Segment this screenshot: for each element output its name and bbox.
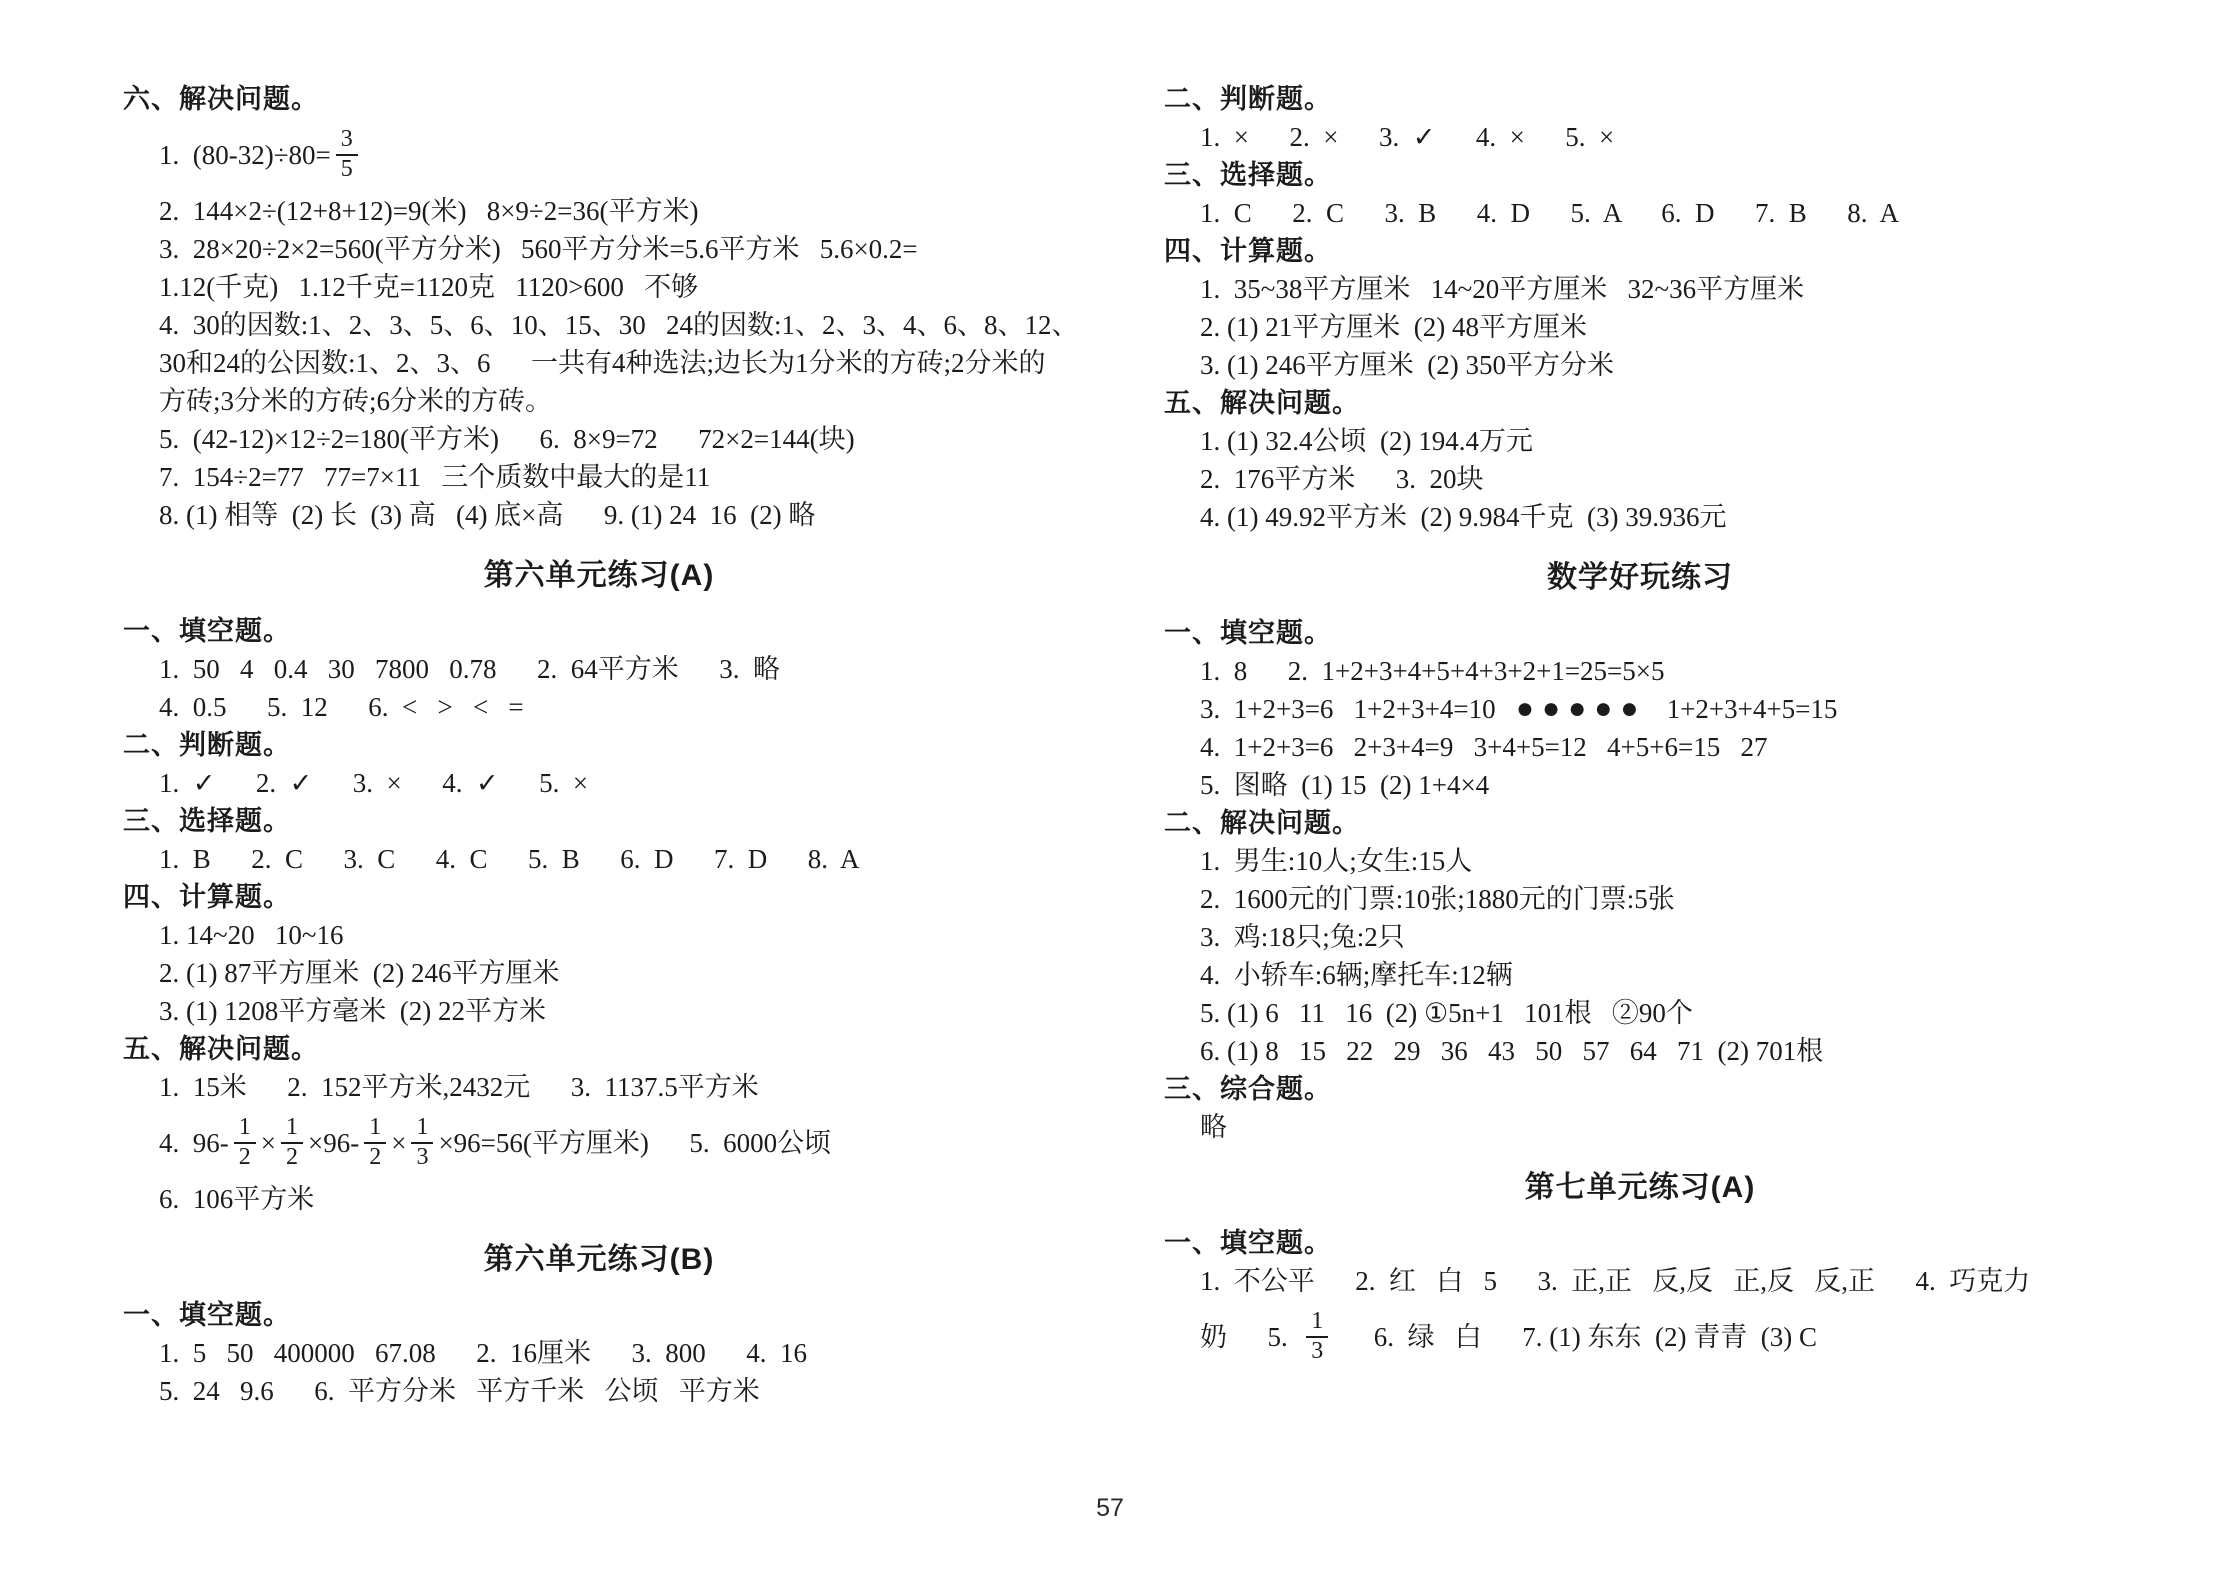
answer-line: 2. 144×2÷(12+8+12)=9(米) 8×9÷2=36(平方米) <box>123 192 1075 230</box>
answer-line: 方砖;3分米的方砖;6分米的方砖。 <box>123 382 1075 420</box>
answer-line: 1. 15米 2. 152平方米,2432元 3. 1137.5平方米 <box>123 1068 1075 1106</box>
exercise-title-unit7a: 第七单元练习(A) <box>1164 1168 2116 1208</box>
answer-line: 5. 图略 (1) 15 (2) 1+4×4 <box>1164 766 2116 804</box>
answer-line: 1. 35~38平方厘米 14~20平方厘米 32~36平方厘米 <box>1164 270 2116 308</box>
fraction-numerator: 3 <box>336 126 358 156</box>
answer-line: 1. (80-32)÷80= 3 5 <box>123 118 1075 192</box>
exercise-title-unit6b: 第六单元练习(B) <box>123 1240 1075 1280</box>
section-header-judge: 二、判断题。 <box>1164 80 2116 118</box>
answer-text: 3. 1+2+3=6 1+2+3+4=10 <box>1200 694 1516 724</box>
right-column: 二、判断题。 1. × 2. × 3. ✓ 4. × 5. × 三、选择题。 1… <box>1164 0 2116 1500</box>
answer-line: 2. 176平方米 3. 20块 <box>1164 460 2116 498</box>
section-header-fill: 一、填空题。 <box>1164 614 2116 652</box>
answer-text: ×96- <box>308 1124 359 1162</box>
answer-text: 5. 6000公顷 <box>649 1124 831 1162</box>
fraction: 1 2 <box>364 1114 386 1171</box>
answer-line: 1. ✓ 2. ✓ 3. × 4. ✓ 5. × <box>123 764 1075 802</box>
fraction-numerator: 1 <box>234 1114 256 1144</box>
answer-line: 1. 8 2. 1+2+3+4+5+4+3+2+1=25=5×5 <box>1164 652 2116 690</box>
page: 六、解决问题。 1. (80-32)÷80= 3 5 2. 144×2÷(12+… <box>0 0 2220 1571</box>
exercise-title-unit6a: 第六单元练习(A) <box>123 556 1075 596</box>
answer-line: 3. 1+2+3=6 1+2+3+4=10 ●●●●● 1+2+3+4+5=15 <box>1164 690 2116 728</box>
answer-text: 1+2+3+4+5=15 <box>1646 694 1837 724</box>
fraction-denominator: 3 <box>1306 1338 1328 1366</box>
answer-line: 4. 30的因数:1、2、3、5、6、10、15、30 24的因数:1、2、3、… <box>123 306 1075 344</box>
answer-line: 奶 5. 1 3 6. 绿 白 7. (1) 东东 (2) 青青 (3) C <box>1164 1300 2116 1374</box>
answer-line: 6. (1) 8 15 22 29 36 43 50 57 64 71 (2) … <box>1164 1032 2116 1070</box>
section-header-calc: 四、计算题。 <box>1164 232 2116 270</box>
section-header-fill: 一、填空题。 <box>123 1296 1075 1334</box>
answer-line: 4. 小轿车:6辆;摩托车:12辆 <box>1164 956 2116 994</box>
answer-line: 3. 鸡:18只;兔:2只 <box>1164 918 2116 956</box>
section-header-solve6: 六、解决问题。 <box>123 80 1075 118</box>
answer-text: 1. (80-32)÷80= <box>159 136 331 174</box>
answer-text: 6. 绿 白 7. (1) 东东 (2) 青青 (3) C <box>1333 1318 1817 1356</box>
section-header-fill: 一、填空题。 <box>1164 1224 2116 1262</box>
answer-line: 8. (1) 相等 (2) 长 (3) 高 (4) 底×高 9. (1) 24 … <box>123 496 1075 534</box>
answer-text: × <box>391 1124 406 1162</box>
fraction: 1 2 <box>281 1114 303 1171</box>
answer-line: 2. (1) 87平方厘米 (2) 246平方厘米 <box>123 954 1075 992</box>
answer-text: 奶 5. <box>1200 1318 1301 1356</box>
fraction-denominator: 3 <box>411 1144 433 1172</box>
exercise-title-fun: 数学好玩练习 <box>1164 558 2116 598</box>
answer-line: 1. 50 4 0.4 30 7800 0.78 2. 64平方米 3. 略 <box>123 650 1075 688</box>
answer-line: 4. (1) 49.92平方米 (2) 9.984千克 (3) 39.936元 <box>1164 498 2116 536</box>
answer-line: 1. 14~20 10~16 <box>123 916 1075 954</box>
section-header-fill: 一、填空题。 <box>123 612 1075 650</box>
page-number: 57 <box>0 1494 2220 1523</box>
answer-line: 1. C 2. C 3. B 4. D 5. A 6. D 7. B 8. A <box>1164 194 2116 232</box>
fraction: 1 2 <box>234 1114 256 1171</box>
answer-line: 30和24的公因数:1、2、3、6 一共有4种选法;边长为1分米的方砖;2分米的 <box>123 344 1075 382</box>
fraction: 1 3 <box>411 1114 433 1171</box>
filled-circles: ●●●●● <box>1516 692 1647 725</box>
answer-line: 5. (1) 6 11 16 (2) ①5n+1 101根 ②90个 <box>1164 994 2116 1032</box>
left-column: 六、解决问题。 1. (80-32)÷80= 3 5 2. 144×2÷(12+… <box>123 0 1075 1500</box>
answer-line: 6. 106平方米 <box>123 1180 1075 1218</box>
fraction-numerator: 1 <box>1306 1308 1328 1338</box>
fraction-denominator: 2 <box>281 1144 303 1172</box>
section-header-comp: 三、综合题。 <box>1164 1070 2116 1108</box>
answer-text: ×96=56(平方厘米) <box>438 1124 648 1162</box>
section-header-judge: 二、判断题。 <box>123 726 1075 764</box>
answer-line: 1. 男生:10人;女生:15人 <box>1164 842 2116 880</box>
answer-line: 1. × 2. × 3. ✓ 4. × 5. × <box>1164 118 2116 156</box>
answer-line: 5. 24 9.6 6. 平方分米 平方千米 公顷 平方米 <box>123 1372 1075 1410</box>
answer-line: 2. 1600元的门票:10张;1880元的门票:5张 <box>1164 880 2116 918</box>
fraction: 1 3 <box>1306 1308 1328 1365</box>
answer-line: 1. B 2. C 3. C 4. C 5. B 6. D 7. D 8. A <box>123 840 1075 878</box>
section-header-solve: 二、解决问题。 <box>1164 804 2116 842</box>
answer-line: 7. 154÷2=77 77=7×11 三个质数中最大的是11 <box>123 458 1075 496</box>
answer-line: 5. (42-12)×12÷2=180(平方米) 6. 8×9=72 72×2=… <box>123 420 1075 458</box>
fraction-numerator: 1 <box>364 1114 386 1144</box>
answer-line: 3. (1) 246平方厘米 (2) 350平方分米 <box>1164 346 2116 384</box>
answer-line: 1. (1) 32.4公顷 (2) 194.4万元 <box>1164 422 2116 460</box>
answer-line: 4. 96- 1 2 × 1 2 ×96- 1 2 × 1 3 ×96=56(平… <box>123 1106 1075 1180</box>
section-header-solve: 五、解决问题。 <box>1164 384 2116 422</box>
section-header-choice: 三、选择题。 <box>1164 156 2116 194</box>
section-header-solve: 五、解决问题。 <box>123 1030 1075 1068</box>
answer-line: 1. 不公平 2. 红 白 5 3. 正,正 反,反 正,反 反,正 4. 巧克… <box>1164 1262 2116 1300</box>
section-header-calc: 四、计算题。 <box>123 878 1075 916</box>
answer-line: 2. (1) 21平方厘米 (2) 48平方厘米 <box>1164 308 2116 346</box>
answer-line: 4. 0.5 5. 12 6. < > < = <box>123 688 1075 726</box>
fraction-denominator: 2 <box>364 1144 386 1172</box>
fraction-numerator: 1 <box>281 1114 303 1144</box>
answer-line: 1.12(千克) 1.12千克=1120克 1120>600 不够 <box>123 268 1075 306</box>
fraction: 3 5 <box>336 126 358 183</box>
fraction-denominator: 5 <box>336 156 358 184</box>
answer-line: 3. (1) 1208平方毫米 (2) 22平方米 <box>123 992 1075 1030</box>
answer-line: 3. 28×20÷2×2=560(平方分米) 560平方分米=5.6平方米 5.… <box>123 230 1075 268</box>
answer-line: 4. 1+2+3=6 2+3+4=9 3+4+5=12 4+5+6=15 27 <box>1164 728 2116 766</box>
answer-line: 略 <box>1164 1108 2116 1146</box>
fraction-denominator: 2 <box>234 1144 256 1172</box>
answer-line: 1. 5 50 400000 67.08 2. 16厘米 3. 800 4. 1… <box>123 1334 1075 1372</box>
answer-text: 4. 96- <box>159 1124 229 1162</box>
answer-text: × <box>261 1124 276 1162</box>
section-header-choice: 三、选择题。 <box>123 802 1075 840</box>
fraction-numerator: 1 <box>411 1114 433 1144</box>
